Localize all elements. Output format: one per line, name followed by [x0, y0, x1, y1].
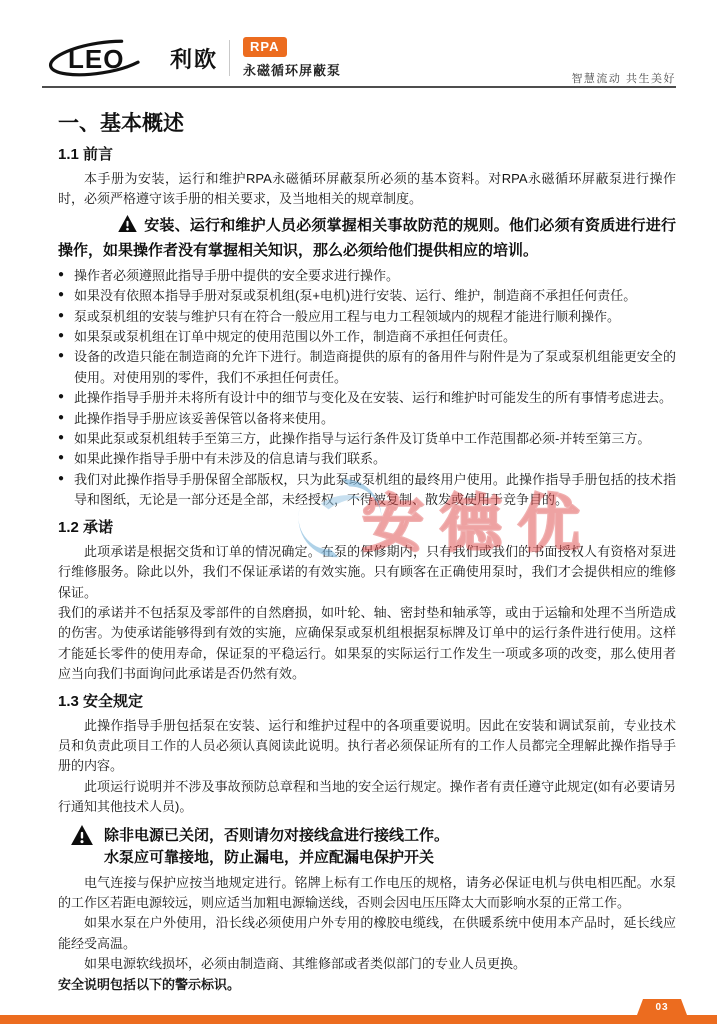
header-divider: [229, 40, 230, 76]
paragraph: 电气连接与保护应按当地规定进行。铭牌上标有工作电压的规格，请务必保证电机与供电相…: [58, 873, 676, 914]
safety-signs-lead-line: 安全说明包括以下的警示标识。: [58, 975, 676, 995]
leo-logo: LEO: [48, 36, 166, 80]
bullet-icon: ●: [58, 448, 64, 468]
list-item-text: 如果泵或泵机组在订单中规定的使用范围以外工作，制造商不承担任何责任。: [74, 329, 516, 344]
list-item-text: 如果没有依照本指导手册对泵或泵机组(泵+电机)进行安装、运行、维护，制造商不承担…: [74, 288, 636, 303]
paragraph: 此项承诺是根据交货和订单的情况确定。在泵的保修期内，只有我们或我们的书面授权人有…: [58, 542, 676, 603]
page-number: 03: [655, 1002, 668, 1013]
chapter-title: 一、基本概述: [58, 110, 676, 138]
list-item: ●此操作指导手册并未将所有设计中的细节与变化及在安装、运行和维护时可能发生的所有…: [58, 388, 676, 408]
paragraph: 我们的承诺并不包括泵及零部件的自然磨损，如叶轮、轴、密封垫和轴承等，或由于运输和…: [58, 603, 676, 685]
bullet-icon: ●: [58, 285, 64, 305]
safety-bullet-list: ●操作者必须遵照此指导手册中提供的安全要求进行操作。 ●如果没有依照本指导手册对…: [58, 266, 676, 511]
list-item: ●操作者必须遵照此指导手册中提供的安全要求进行操作。: [58, 266, 676, 286]
logo-cn-text: 利欧: [170, 43, 218, 74]
list-item-text: 我们对此操作指导手册保留全部版权，只为此泵或泵机组的最终用户使用。此操作指导手册…: [74, 472, 676, 507]
warning-triangle-icon: [88, 215, 137, 240]
list-item: ●设备的改造只能在制造商的允许下进行。制造商提供的原有的备用件与附件是为了泵或泵…: [58, 347, 676, 388]
list-item: ●如果此操作指导手册中有未涉及的信息请与我们联系。: [58, 449, 676, 469]
logo-text: LEO: [68, 44, 124, 74]
product-block: RPA 永磁循环屏蔽泵: [243, 37, 341, 79]
list-item-text: 泵或泵机组的安装与维护只有在符合一般应用工程与电力工程领域内的规程才能进行顺利操…: [74, 309, 620, 324]
list-item-text: 设备的改造只能在制造商的允许下进行。制造商提供的原有的备用件与附件是为了泵或泵机…: [74, 349, 676, 384]
list-item-text: 如果此操作指导手册中有未涉及的信息请与我们联系。: [74, 451, 386, 466]
page-number-tab: 03: [637, 999, 687, 1015]
header-rule: [42, 86, 676, 88]
warning-triangle-icon: [71, 825, 93, 850]
warning-line-2: 水泵应可靠接地，防止漏电，并应配漏电保护开关: [104, 847, 449, 869]
document-body: 一、基本概述 1.1 前言 本手册为安装，运行和维护RPA永磁循环屏蔽泵所必须的…: [58, 110, 676, 995]
list-item: ●如果此泵或泵机组转手至第三方，此操作指导与运行条件及订货单中工作范围都必须-并…: [58, 429, 676, 449]
warning-statement: 安装、运行和维护人员必须掌握相关事故防范的规则。他们必须有资质进行进行操作，如果…: [58, 214, 676, 263]
list-item: ●此操作指导手册应该妥善保管以备将来使用。: [58, 409, 676, 429]
list-item-text: 此操作指导手册并未将所有设计中的细节与变化及在安装、运行和维护时可能发生的所有事…: [74, 390, 672, 405]
warning-text-lines: 除非电源已关闭，否则请勿对接线盒进行接线工作。 水泵应可靠接地，防止漏电，并应配…: [104, 825, 449, 869]
list-item: ●如果泵或泵机组在订单中规定的使用范围以外工作，制造商不承担任何责任。: [58, 327, 676, 347]
section-heading-1-1: 1.1 前言: [58, 145, 676, 165]
list-item-text: 操作者必须遵照此指导手册中提供的安全要求进行操作。: [74, 268, 399, 283]
list-item-text: 此操作指导手册应该妥善保管以备将来使用。: [74, 411, 334, 426]
brand-slogan: 智慧流动 共生美好: [571, 70, 676, 86]
bullet-icon: ●: [58, 408, 64, 428]
bullet-icon: ●: [58, 428, 64, 448]
paragraph: 本手册为安装，运行和维护RPA永磁循环屏蔽泵所必须的基本资料。对RPA永磁循环屏…: [58, 169, 676, 210]
bullet-icon: ●: [58, 326, 64, 346]
series-badge: RPA: [243, 37, 286, 57]
section-heading-1-2: 1.2 承诺: [58, 518, 676, 538]
list-item: ●泵或泵机组的安装与维护只有在符合一般应用工程与电力工程领域内的规程才能进行顺利…: [58, 307, 676, 327]
manual-page: LEO 利欧 RPA 永磁循环屏蔽泵 智慧流动 共生美好 一、基本概述 1.1 …: [0, 0, 717, 1024]
list-item: ●如果没有依照本指导手册对泵或泵机组(泵+电机)进行安装、运行、维护，制造商不承…: [58, 286, 676, 306]
product-name: 永磁循环屏蔽泵: [243, 60, 341, 79]
paragraph: 此项运行说明并不涉及事故预防总章程和当地的安全运行规定。操作者有责任遵守此规定(…: [58, 777, 676, 818]
warning-line-1: 除非电源已关闭，否则请勿对接线盒进行接线工作。: [104, 825, 449, 847]
list-item-text: 如果此泵或泵机组转手至第三方，此操作指导与运行条件及订货单中工作范围都必须-并转…: [74, 431, 650, 446]
list-item: ●我们对此操作指导手册保留全部版权，只为此泵或泵机组的最终用户使用。此操作指导手…: [58, 470, 676, 511]
paragraph: 如果水泵在户外使用，沿长线必须使用户外专用的橡胶电缆线，在供暖系统中使用本产品时…: [58, 913, 676, 954]
paragraph: 此操作指导手册包括泵在安装、运行和维护过程中的各项重要说明。因此在安装和调试泵前…: [58, 716, 676, 777]
warning-statement: 除非电源已关闭，否则请勿对接线盒进行接线工作。 水泵应可靠接地，防止漏电，并应配…: [58, 825, 676, 869]
bullet-icon: ●: [58, 306, 64, 326]
page-header: LEO 利欧 RPA 永磁循环屏蔽泵 智慧流动 共生美好: [48, 36, 676, 86]
section-heading-1-3: 1.3 安全规定: [58, 692, 676, 712]
bullet-icon: ●: [58, 387, 64, 407]
bullet-icon: ●: [58, 346, 64, 366]
bullet-icon: ●: [58, 265, 64, 285]
bullet-icon: ●: [58, 469, 64, 489]
footer-bar: [0, 1015, 717, 1024]
warning-text: 安装、运行和维护人员必须掌握相关事故防范的规则。他们必须有资质进行进行操作，如果…: [58, 217, 676, 260]
logo-swoosh-icon: LEO: [48, 36, 166, 80]
paragraph: 如果电源软线损坏，必须由制造商、其维修部或者类似部门的专业人员更换。: [58, 954, 676, 974]
